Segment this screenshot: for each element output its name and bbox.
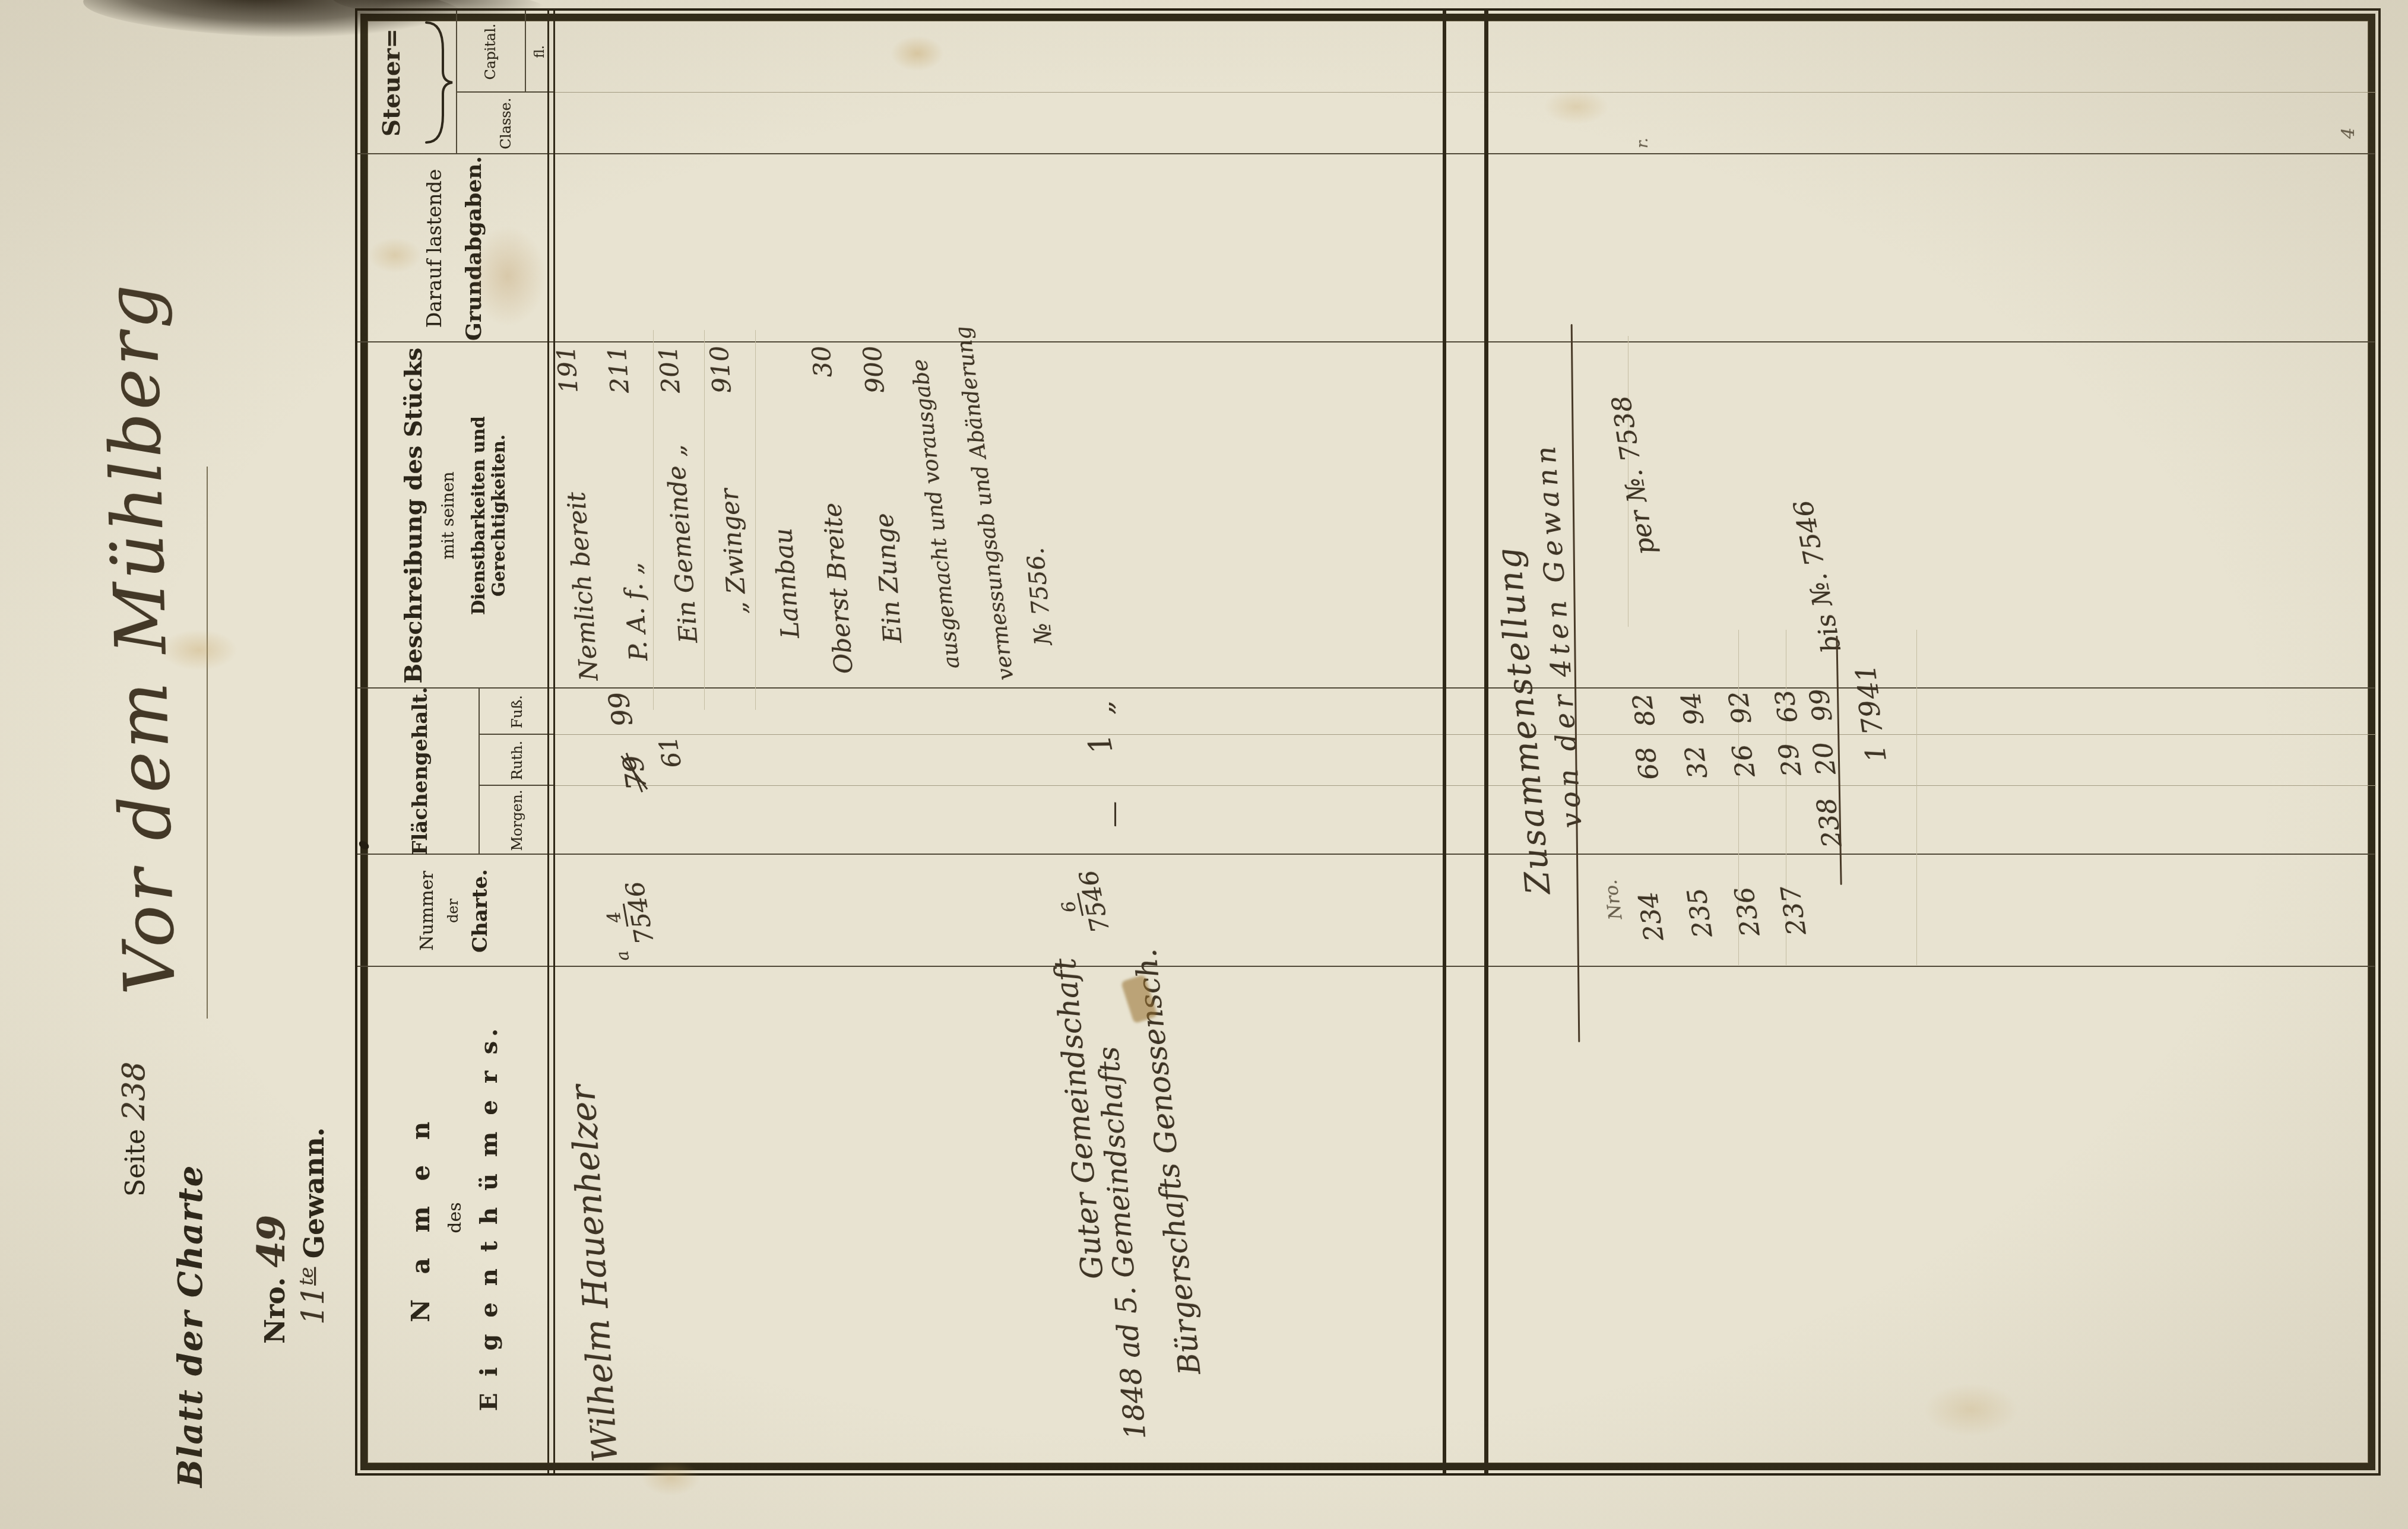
guide-line (755, 330, 756, 710)
header-beschreibung-line3: Dienstbarkeiten und Gerechtigkeiten. (468, 342, 509, 689)
seite-number-handwritten: 238 (116, 1062, 152, 1121)
header-classe: Classe. (456, 93, 555, 154)
nro-line: Nro. 49 (249, 1215, 294, 1344)
gewann-line: 11te Gewann. (296, 1127, 331, 1325)
header-beschreibung: Beschreibung des Stücks mit seinen Diens… (362, 342, 546, 689)
scanned-ledger-page: Seite 238 Blatt der Charte Nro. 49 11te … (0, 0, 2408, 1529)
rule-col-beschreibung-grund (357, 341, 2375, 342)
header-beschreibung-line2: mit seinen (438, 471, 458, 559)
page-number-line: Seite 238 (116, 1062, 152, 1197)
header-capital: Capital. (456, 11, 525, 93)
header-classe-label: Classe. (498, 98, 514, 150)
summary-row-fuss: 82 (1627, 691, 1661, 729)
guide-line (653, 330, 654, 710)
rule-sub-ruth-fuss (555, 734, 2376, 735)
stray-mark: r. (1634, 138, 1652, 148)
rule-section-divider-2 (1484, 11, 1488, 1473)
header-charte-line1: Nummer (417, 871, 438, 951)
rule-col-namen-charte (357, 966, 2375, 967)
ledger-sheet: Seite 238 Blatt der Charte Nro. 49 11te … (0, 0, 2408, 1529)
header-grundabgaben: Darauf lastende Grundabgaben. (362, 154, 546, 342)
entry1-ruth-correction: 61 (653, 734, 687, 770)
summary-row-fuss: 92 (1723, 689, 1757, 727)
summary-row-ruth: 29 (1773, 741, 1807, 779)
summary-row-fuss: 94 (1675, 690, 1710, 728)
header-grundabgaben-line1: Darauf lastende (423, 169, 446, 328)
header-namen: N a m e n des E i g e n t h ü m e r s. (362, 967, 546, 1468)
header-capital-label: Capital. (482, 24, 499, 80)
header-fuss-label: Fuß. (509, 695, 525, 728)
gewann-number-handwritten: 11te (296, 1267, 331, 1325)
summary-row-fuss: 63 (1769, 688, 1804, 725)
header-ruth-label: Ruth. (509, 741, 525, 780)
entry2-morgen-value: — (1098, 801, 1129, 827)
header-fl-unit-label: fl. (533, 45, 547, 58)
header-ruth: Ruth. (479, 735, 555, 786)
header-charte-line3: Charte. (468, 869, 492, 953)
header-charte: Nummer der Charte. (362, 855, 546, 967)
header-beschreibung-line1: Beschreibung des Stücks (400, 348, 427, 684)
seite-label: Seite (121, 1129, 151, 1197)
header-morgen: Morgen. (479, 786, 555, 855)
nro-label: Nro. (259, 1277, 291, 1344)
header-namen-line3: E i g e n t h ü m e r s. (475, 1024, 503, 1411)
summary-row-ruth: 26 (1726, 743, 1761, 780)
steuer-brace-icon (423, 19, 454, 146)
rule-section-divider-1 (1443, 11, 1446, 1473)
summary-row-fuss: 99 (1804, 687, 1838, 724)
header-namen-line1: N a m e n (406, 1114, 435, 1322)
rule-sub-classe-capital (555, 92, 2376, 93)
blatt-fill-rule (207, 467, 208, 1019)
summary-row-ruth: 20 (1807, 740, 1842, 778)
header-steuer-label: Steuer= (378, 28, 405, 137)
header-namen-line2: des (445, 1202, 465, 1233)
rule-col-charte-flaeche (357, 854, 2375, 855)
guide-line (1916, 630, 1917, 965)
page-title-script: Vor dem Mühlberg (90, 280, 191, 995)
entry1-fuss-value: 99 (602, 690, 639, 729)
header-steuer: Steuer= (360, 11, 423, 154)
header-fuss: Fuß. (479, 689, 555, 735)
gewann-label: Gewann. (298, 1127, 330, 1258)
entry1-ruth-value-struck: 79 (616, 753, 653, 792)
summary-total-ruth: 79 (1852, 698, 1889, 737)
summary-row-ruth: 68 (1630, 745, 1665, 782)
header-morgen-label: Morgen. (509, 789, 525, 851)
rule-sub-morgen-ruth (555, 785, 2376, 786)
rule-col-flaeche-beschreibung (357, 687, 2375, 689)
summary-row-ruth: 32 (1679, 744, 1713, 781)
header-flaechengehalt-label: Flächengehalt. (408, 687, 432, 855)
rule-col-grund-steuer (357, 153, 2375, 154)
header-fl-unit: fl. (525, 11, 555, 93)
header-flaechengehalt: Flächengehalt. (362, 687, 479, 855)
stray-mark: 4 (2338, 128, 2359, 139)
entry2-fuss-value: „ (1086, 700, 1119, 715)
summary-total-fuss: 41 (1849, 662, 1886, 701)
guide-line (704, 330, 705, 710)
blatt-der-charte-label: Blatt der Charte (171, 1165, 210, 1487)
header-grundabgaben-line2: Grundabgaben. (461, 156, 486, 341)
nro-number-handwritten: 49 (249, 1215, 294, 1268)
header-charte-line2: der (445, 899, 461, 923)
